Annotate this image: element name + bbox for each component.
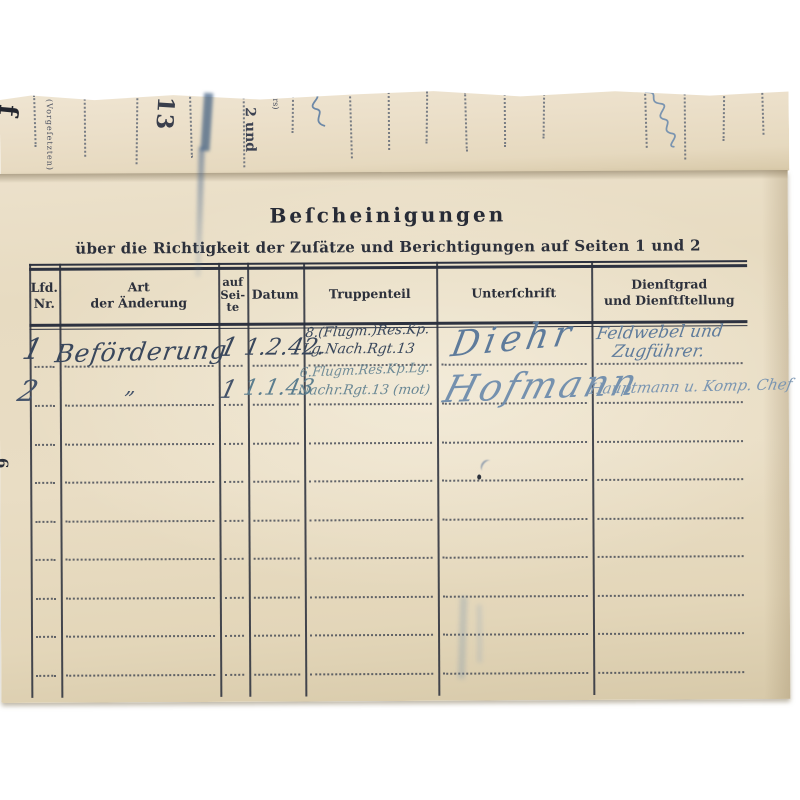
- table-row-dotted-line: [224, 365, 243, 367]
- table-row-dotted-line: [65, 519, 214, 522]
- table-row-dotted-line: [310, 634, 433, 637]
- rotated-text-fragment: 2 und: [242, 107, 258, 152]
- row2-number: 2: [14, 374, 42, 408]
- strip-dotted-line: [292, 93, 294, 133]
- ink-smudge: [458, 597, 467, 679]
- table-row-dotted-line: [66, 673, 215, 676]
- strip-dotted-line: [723, 89, 726, 141]
- row2-truppenteil-line2: Nachr.Rgt.13 (mot): [297, 382, 431, 399]
- table-row-dotted-line: [36, 559, 56, 561]
- strip-dotted-line: [189, 94, 193, 158]
- table-row-dotted-line: [310, 557, 433, 560]
- table-row-dotted-line: [253, 519, 299, 521]
- document-page: Beſcheinigungen über die Richtigkeit der…: [0, 170, 790, 703]
- table-row-dotted-line: [35, 366, 55, 368]
- table-row-dotted-line: [65, 481, 214, 484]
- document-title: Beſcheinigungen: [0, 201, 777, 229]
- table-row-dotted-line: [442, 517, 587, 520]
- table-row-dotted-line: [309, 518, 432, 521]
- table-row-dotted-line: [224, 442, 243, 444]
- row1-truppenteil-line1: 8.(Flugm.)Res.Kp.: [305, 321, 431, 341]
- cropped-letter-fragment: f: [0, 103, 23, 117]
- rotated-smallprint-fragment: ers): [271, 94, 280, 110]
- ink-dot: [477, 475, 481, 480]
- strip-dotted-line: [543, 91, 546, 139]
- table-row-dotted-line: [66, 635, 215, 638]
- table-row-dotted-line: [225, 558, 244, 560]
- ink-mark: [478, 458, 495, 475]
- table-row-dotted-line: [597, 478, 743, 481]
- table-row-dotted-line: [65, 442, 214, 445]
- folded-page-strip: f (Vorgeſetzten) 13 2 und ers): [0, 85, 789, 178]
- table-row-dotted-line: [598, 594, 744, 597]
- table-row-dotted-line: [254, 673, 300, 675]
- table-row-dotted-line: [253, 404, 299, 406]
- margin-fragment: 6: [0, 458, 12, 469]
- table-row-dotted-line: [36, 674, 56, 676]
- column-header-lfd-nr: Lfd. Nr.: [29, 270, 59, 322]
- column-header-unterschrift: Unterſchrift: [436, 267, 591, 320]
- table-row-dotted-line: [597, 440, 743, 443]
- strip-lines-layer: [0, 85, 789, 92]
- rotated-caption-fragment: (Vorgeſetzten): [45, 99, 55, 171]
- table-row-dotted-line: [310, 595, 433, 598]
- strip-dotted-line: [84, 95, 87, 157]
- column-header-datum: Datum: [247, 268, 303, 320]
- table-row-dotted-line: [225, 596, 244, 598]
- column-header-dienstgrad: Dienſtgrad und Dienſtſtellung: [591, 266, 747, 319]
- table-row-dotted-line: [36, 597, 56, 599]
- strip-dotted-line: [33, 95, 37, 147]
- row1-truppenteil-line2: Lg.Nach.Rgt.13: [301, 341, 415, 358]
- table-row-dotted-line: [309, 480, 432, 483]
- table-row-dotted-line: [35, 405, 55, 407]
- stamp-number: 13: [150, 96, 179, 132]
- table-row-dotted-line: [35, 482, 55, 484]
- table-row-dotted-line: [254, 634, 300, 636]
- table-row-dotted-line: [598, 555, 744, 558]
- strip-dotted-line: [426, 92, 429, 144]
- signature-scribble-icon: [636, 83, 689, 154]
- strip-dotted-line: [684, 89, 687, 159]
- table-row-dotted-line: [225, 635, 244, 637]
- table-row-dotted-line: [443, 556, 588, 559]
- strip-dotted-line: [388, 92, 391, 150]
- table-row-dotted-line: [598, 671, 744, 674]
- table-row-dotted-line: [35, 443, 55, 445]
- table-row-dotted-line: [224, 481, 243, 483]
- signature-scribble-icon: [291, 75, 333, 133]
- strip-dotted-line: [464, 91, 468, 151]
- table-row-dotted-line: [442, 440, 587, 443]
- row1-dienstgrad-line2: Zugführer.: [611, 341, 706, 361]
- table-row-dotted-line: [36, 636, 56, 638]
- table-row-dotted-line: [65, 404, 214, 407]
- strip-dotted-line: [761, 89, 764, 135]
- row1-art-der-aenderung: Beförderung: [53, 335, 229, 368]
- table-row-dotted-line: [442, 479, 587, 482]
- table-row-dotted-line: [598, 632, 744, 635]
- row2-ditto-mark: „: [124, 374, 139, 398]
- strip-dotted-line: [349, 92, 353, 158]
- table-row-dotted-line: [254, 557, 300, 559]
- column-header-truppenteil: Truppenteil: [303, 268, 436, 321]
- table-row-dotted-line: [597, 517, 743, 520]
- table-row-dotted-line: [225, 673, 244, 675]
- table-row-dotted-line: [253, 442, 299, 444]
- table-row-dotted-line: [35, 520, 55, 522]
- table-row-dotted-line: [253, 365, 299, 367]
- document-subtitle: über die Richtigkeit der Zuſätze und Ber…: [0, 236, 777, 258]
- table-row-dotted-line: [310, 672, 433, 675]
- strip-dotted-line: [136, 94, 139, 164]
- table-row-dotted-line: [66, 558, 215, 561]
- ink-smudge: [477, 605, 482, 663]
- row1-number: 1: [19, 332, 46, 366]
- document-photo: f (Vorgeſetzten) 13 2 und ers) Beſcheini…: [0, 0, 800, 800]
- table-row-dotted-line: [253, 480, 299, 482]
- table-row-dotted-line: [254, 596, 300, 598]
- table-row-dotted-line: [309, 441, 432, 444]
- row2-auf-seite: 1: [217, 375, 240, 404]
- table-row-dotted-line: [224, 519, 243, 521]
- table-row-dotted-line: [224, 404, 243, 406]
- table-row-dotted-line: [66, 596, 215, 599]
- strip-dotted-line: [504, 91, 506, 147]
- table-row-dotted-line: [309, 403, 432, 406]
- column-header-auf-seite: auf Sei- te: [218, 269, 247, 321]
